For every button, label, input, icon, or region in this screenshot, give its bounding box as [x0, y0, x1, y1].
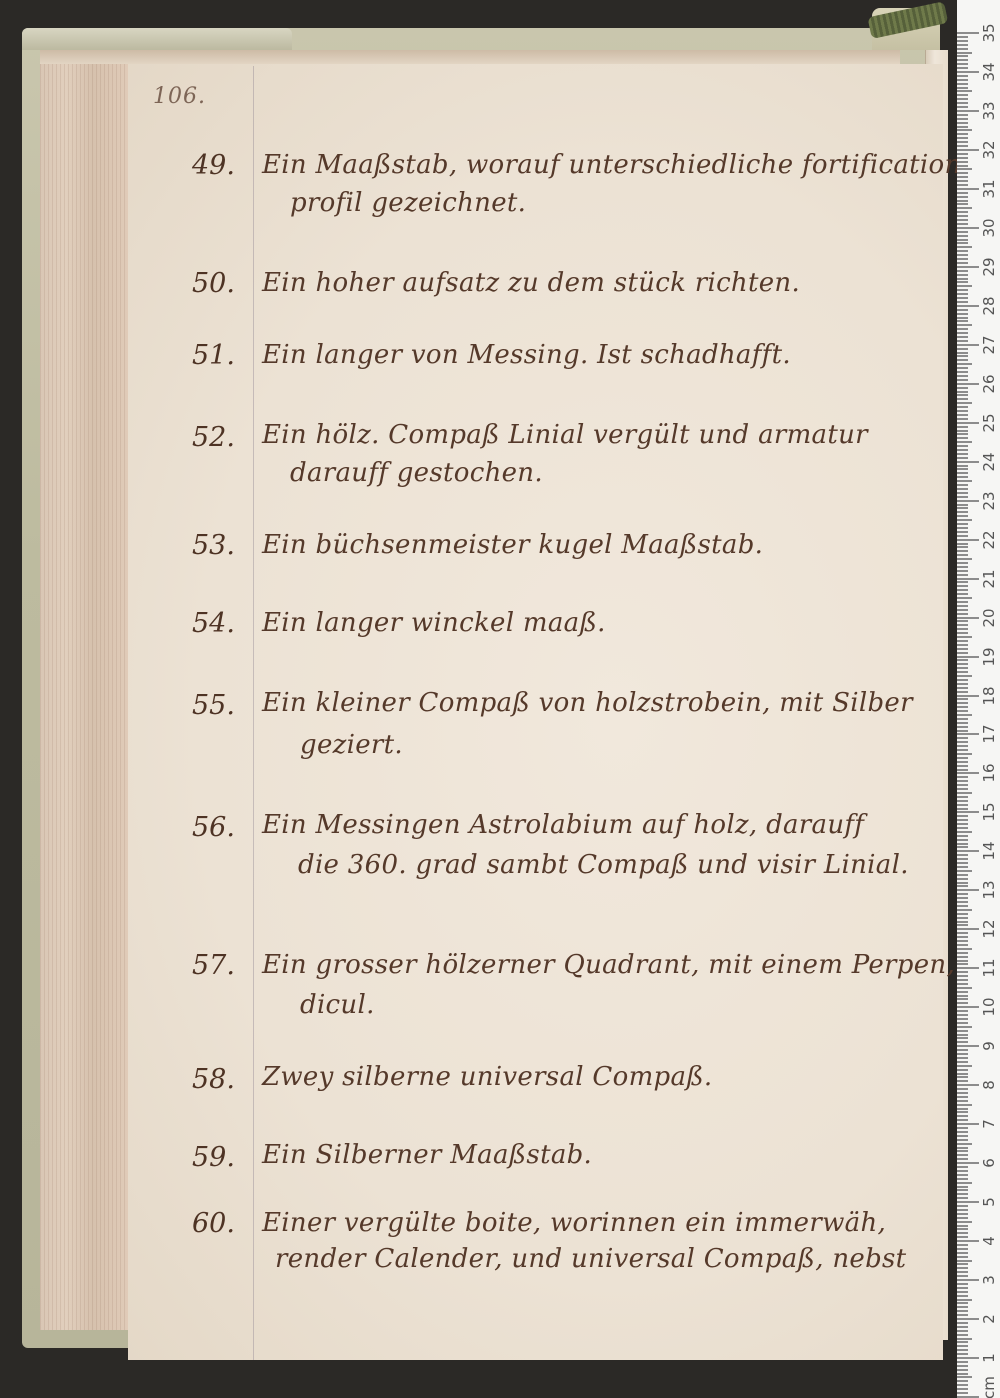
ruler-tick — [957, 371, 968, 373]
ruler-tick — [957, 1221, 972, 1223]
ruler-tick — [957, 679, 968, 681]
entry-line: geziert. — [300, 730, 403, 760]
ruler-tick — [957, 1217, 968, 1219]
ruler-tick — [957, 979, 968, 981]
ruler-tick — [957, 710, 968, 712]
ruler-tick — [957, 889, 979, 891]
entry-line: Ein grosser hölzerner Quadrant, mit eine… — [262, 950, 955, 980]
ruler-tick — [957, 823, 968, 825]
ruler-tick — [957, 936, 968, 938]
ruler-tick — [957, 1295, 968, 1297]
ruler-tick — [957, 901, 968, 903]
ruler-tick — [957, 215, 968, 217]
ruler-tick — [957, 843, 968, 845]
ruler-tick — [957, 55, 968, 57]
ruler-tick — [957, 1061, 968, 1063]
ruler-tick — [957, 566, 968, 568]
ruler-tick — [957, 921, 968, 923]
measurement-ruler: 1234567891011121314151617181920212223242… — [957, 0, 1000, 1398]
ruler-label: 11 — [980, 958, 998, 978]
ruler-tick — [957, 176, 968, 178]
ruler-tick — [957, 1213, 968, 1215]
ruler-tick — [957, 320, 968, 322]
ruler-tick — [957, 691, 968, 693]
entry-number: 51. — [192, 340, 235, 371]
ruler-tick — [957, 317, 968, 319]
ruler-tick — [957, 765, 968, 767]
ruler-tick — [957, 44, 968, 46]
ruler-tick — [957, 79, 968, 81]
ruler-tick — [957, 285, 972, 287]
ruler-tick — [957, 422, 979, 424]
ruler-tick — [957, 967, 979, 969]
ruler-tick — [957, 118, 968, 120]
ruler-tick — [957, 987, 972, 989]
ruler-label: 2 — [980, 1309, 998, 1329]
ruler-tick — [957, 815, 968, 817]
ruler-tick — [957, 289, 968, 291]
ruler-tick — [957, 145, 968, 147]
entry-line: Zwey silberne universal Compaß. — [262, 1062, 713, 1092]
ruler-tick — [957, 913, 968, 915]
ruler-tick — [957, 262, 968, 264]
ruler-tick — [957, 387, 968, 389]
ruler-tick — [957, 1143, 972, 1145]
ruler-tick — [957, 472, 968, 474]
entry-line: Ein hölz. Compaß Linial vergült und arma… — [262, 420, 868, 450]
ruler-tick — [957, 52, 972, 54]
ruler-tick — [957, 59, 968, 61]
ruler-tick — [957, 1037, 968, 1039]
ruler-tick — [957, 1002, 968, 1004]
ruler-tick — [957, 675, 972, 677]
ruler-tick — [957, 574, 968, 576]
ruler-tick — [957, 597, 972, 599]
entry-number: 57. — [192, 950, 235, 981]
ruler-tick — [957, 375, 968, 377]
ruler-tick — [957, 172, 968, 174]
ruler-tick — [957, 1034, 968, 1036]
ruler-tick — [957, 1322, 968, 1324]
ruler-tick — [957, 1018, 968, 1020]
ruler-tick — [957, 1022, 968, 1024]
ruler-tick — [957, 995, 968, 997]
ruler-tick — [957, 1014, 968, 1016]
ruler-tick — [957, 648, 968, 650]
ruler-tick — [957, 410, 968, 412]
ruler-tick — [957, 1080, 968, 1082]
ruler-tick — [957, 885, 968, 887]
ruler-tick — [957, 309, 968, 311]
ruler-tick — [957, 749, 968, 751]
ruler-tick — [957, 1248, 968, 1250]
ruler-tick — [957, 515, 968, 517]
ruler-tick — [957, 663, 968, 665]
ruler-tick — [957, 1170, 968, 1172]
ruler-tick — [957, 804, 968, 806]
ruler-tick — [957, 328, 968, 330]
ruler-tick — [957, 394, 968, 396]
ruler-tick — [957, 94, 968, 96]
ruler-tick — [957, 1115, 968, 1117]
ruler-tick — [957, 332, 968, 334]
ruler-tick — [957, 437, 968, 439]
ruler-tick — [957, 250, 968, 252]
ruler-tick — [957, 36, 968, 38]
ruler-tick — [957, 1275, 968, 1277]
ruler-tick — [957, 589, 968, 591]
ruler-tick — [957, 585, 968, 587]
ruler-tick — [957, 453, 968, 455]
ruler-label: 34 — [980, 62, 998, 82]
ruler-label: 31 — [980, 179, 998, 199]
ruler-tick — [957, 862, 968, 864]
ruler-tick — [957, 504, 968, 506]
ruler-tick — [957, 75, 968, 77]
cover-top-edge — [22, 28, 292, 50]
folio-number: 106. — [153, 84, 206, 109]
ruler-tick — [957, 149, 979, 151]
ruler-tick — [957, 457, 968, 459]
ruler-tick — [957, 1260, 972, 1262]
ruler-tick — [957, 141, 968, 143]
ruler-label: 25 — [980, 413, 998, 433]
ruler-tick — [957, 1388, 968, 1390]
ruler-tick — [957, 402, 972, 404]
ruler-tick — [957, 1252, 968, 1254]
ruler-tick — [957, 546, 968, 548]
ruler-tick — [957, 784, 968, 786]
ruler-tick — [957, 188, 979, 190]
ruler-tick — [957, 695, 979, 697]
ruler-tick — [957, 1096, 968, 1098]
ruler-tick — [957, 324, 972, 326]
ruler-unit-label: cm — [980, 1379, 998, 1398]
ruler-tick — [957, 769, 968, 771]
ruler-tick — [957, 383, 979, 385]
ruler-tick — [957, 757, 968, 759]
ruler-tick — [957, 157, 968, 159]
ruler-tick — [957, 313, 968, 315]
ruler-tick — [957, 129, 972, 131]
ruler-tick — [957, 496, 968, 498]
ruler-tick — [957, 1127, 968, 1129]
manuscript-page — [128, 64, 943, 1376]
ruler-tick — [957, 850, 979, 852]
entry-line: darauff gestochen. — [290, 458, 543, 488]
ruler-label: 29 — [980, 257, 998, 277]
ruler-tick — [957, 207, 972, 209]
ruler-tick — [957, 1158, 968, 1160]
ruler-label: 6 — [980, 1153, 998, 1173]
entry-number: 58. — [192, 1064, 235, 1095]
ruler-tick — [957, 1057, 968, 1059]
ruler-tick — [957, 1302, 968, 1304]
ruler-tick — [957, 1365, 968, 1367]
ruler-tick — [957, 687, 968, 689]
ruler-tick — [957, 1228, 968, 1230]
ruler-tick — [957, 866, 968, 868]
ruler-tick — [957, 235, 968, 237]
ruler-tick — [957, 952, 968, 954]
ruler-tick — [957, 223, 968, 225]
ruler-tick — [957, 909, 972, 911]
ruler-label: 4 — [980, 1231, 998, 1251]
entry-number: 49. — [192, 150, 235, 181]
ruler-tick — [957, 944, 968, 946]
ruler-tick — [957, 1189, 968, 1191]
ruler-tick — [957, 858, 968, 860]
ruler-label: 1 — [980, 1348, 998, 1368]
ruler-tick — [957, 1135, 968, 1137]
ruler-tick — [957, 465, 968, 467]
ruler-tick — [957, 1073, 968, 1075]
ruler-tick — [957, 348, 968, 350]
ruler-tick — [957, 1131, 968, 1133]
ruler-tick — [957, 706, 968, 708]
ruler-tick — [957, 1357, 979, 1359]
ruler-tick — [957, 1166, 968, 1168]
ruler-tick — [957, 1065, 972, 1067]
ruler-tick — [957, 702, 968, 704]
ruler-tick — [957, 745, 968, 747]
entry-line: Ein langer winckel maaß. — [262, 608, 606, 638]
ruler-tick — [957, 449, 968, 451]
ruler-tick — [957, 1209, 968, 1211]
ruler-tick — [957, 928, 979, 930]
ruler-tick — [957, 578, 979, 580]
ruler-tick — [957, 562, 968, 564]
ruler-tick — [957, 1240, 979, 1242]
entry-line: Ein langer von Messing. Ist schadhafft. — [262, 340, 791, 370]
ruler-tick — [957, 1010, 968, 1012]
ruler-tick — [957, 1291, 968, 1293]
ruler-tick — [957, 819, 968, 821]
ruler-tick — [957, 1361, 968, 1363]
ruler-tick — [957, 811, 979, 813]
ruler-label: 14 — [980, 841, 998, 861]
background-table — [0, 1360, 957, 1398]
ruler-tick — [957, 761, 968, 763]
ruler-tick — [957, 960, 968, 962]
ruler-tick — [957, 523, 968, 525]
ruler-tick — [957, 882, 968, 884]
ruler-tick — [957, 242, 968, 244]
ruler-tick — [957, 305, 979, 307]
ruler-tick — [957, 414, 968, 416]
ruler-label: 16 — [980, 763, 998, 783]
ruler-tick — [957, 184, 968, 186]
ruler-tick — [957, 433, 968, 435]
ruler-tick — [957, 507, 968, 509]
manuscript-scan: 106. 49. Ein Maaßstab, worauf unterschie… — [0, 0, 1000, 1398]
ruler-tick — [957, 122, 968, 124]
ruler-tick — [957, 1353, 968, 1355]
ruler-tick — [957, 1139, 968, 1141]
ruler-tick — [957, 1026, 972, 1028]
ruler-tick — [957, 274, 968, 276]
ruler-label: 19 — [980, 647, 998, 667]
ruler-tick — [957, 956, 968, 958]
ruler-label: 22 — [980, 530, 998, 550]
ruler-tick — [957, 1123, 979, 1125]
ruler-tick — [957, 161, 968, 163]
ruler-tick — [957, 476, 968, 478]
ruler-tick — [957, 270, 968, 272]
ruler-label: 3 — [980, 1270, 998, 1290]
entry-line: render Calender, und universal Compaß, n… — [275, 1244, 906, 1274]
ruler-tick — [957, 1162, 979, 1164]
ruler-label: 28 — [980, 296, 998, 316]
ruler-tick — [957, 636, 972, 638]
ruler-label: 30 — [980, 218, 998, 238]
ruler-tick — [957, 114, 968, 116]
ruler-label: 15 — [980, 802, 998, 822]
ruler-tick — [957, 963, 968, 965]
ruler-tick — [957, 297, 968, 299]
ruler-tick — [957, 659, 968, 661]
ruler-tick — [957, 905, 968, 907]
ruler-tick — [957, 1349, 968, 1351]
ruler-tick — [957, 878, 968, 880]
ruler-tick — [957, 1345, 968, 1347]
ruler-tick — [957, 32, 979, 34]
ruler-tick — [957, 1283, 968, 1285]
ruler-tick — [957, 137, 968, 139]
ruler-tick — [957, 278, 968, 280]
entry-number: 50. — [192, 268, 235, 299]
ruler-tick — [957, 893, 968, 895]
ruler-tick — [957, 1006, 979, 1008]
ruler-tick — [957, 854, 968, 856]
ruler-tick — [957, 239, 968, 241]
ruler-tick — [957, 1174, 968, 1176]
ruler-label: 5 — [980, 1192, 998, 1212]
ruler-tick — [957, 1049, 968, 1051]
ruler-tick — [957, 1380, 968, 1382]
ruler-tick — [957, 266, 979, 268]
ruler-tick — [957, 1376, 972, 1378]
ruler-tick — [957, 644, 968, 646]
ruler-tick — [957, 1088, 968, 1090]
ruler-label: 10 — [980, 997, 998, 1017]
ruler-tick — [957, 1197, 968, 1199]
entry-line: Ein Maaßstab, worauf unterschiedliche fo… — [262, 150, 975, 180]
page-stack-edge — [40, 50, 128, 1330]
ruler-tick — [957, 165, 968, 167]
ruler-tick — [957, 1030, 968, 1032]
ruler-tick — [957, 550, 968, 552]
ruler-tick — [957, 1186, 968, 1188]
ruler-tick — [957, 1232, 968, 1234]
ruler-tick — [957, 632, 968, 634]
ruler-tick — [957, 581, 968, 583]
ruler-tick — [957, 1150, 968, 1152]
ruler-tick — [957, 492, 968, 494]
ruler-tick — [957, 800, 968, 802]
ruler-tick — [957, 246, 972, 248]
entry-number: 60. — [192, 1208, 235, 1239]
ruler-tick — [957, 48, 968, 50]
ruler-tick — [957, 133, 968, 135]
ruler-tick — [957, 1108, 968, 1110]
ruler-tick — [957, 63, 968, 65]
ruler-tick — [957, 535, 968, 537]
ruler-tick — [957, 398, 968, 400]
ruler-tick — [957, 667, 968, 669]
ruler-tick — [957, 1271, 968, 1273]
entry-line: dicul. — [300, 990, 375, 1020]
ruler-tick — [957, 293, 968, 295]
ruler-tick — [957, 1267, 968, 1269]
ruler-label: 18 — [980, 686, 998, 706]
ruler-tick — [957, 1279, 979, 1281]
ruler-tick — [957, 406, 968, 408]
ruler-label: 12 — [980, 919, 998, 939]
ruler-tick — [957, 971, 968, 973]
ruler-label: 35 — [980, 23, 998, 43]
ruler-tick — [957, 1193, 968, 1195]
ruler-label: 9 — [980, 1036, 998, 1056]
page-stack-top — [40, 50, 900, 64]
ruler-tick — [957, 1334, 968, 1336]
ruler-tick — [957, 1201, 979, 1203]
ruler-tick — [957, 1069, 968, 1071]
ruler-tick — [957, 531, 968, 533]
ruler-tick — [957, 1306, 968, 1308]
ruler-tick — [957, 102, 968, 104]
entry-line: Ein büchsenmeister kugel Maaßstab. — [262, 530, 763, 560]
ruler-tick — [957, 1256, 968, 1258]
ruler-tick — [957, 683, 968, 685]
ruler-tick — [957, 180, 968, 182]
ruler-tick — [957, 917, 968, 919]
ruler-tick — [957, 1244, 968, 1246]
ruler-tick — [957, 1299, 972, 1301]
ruler-tick — [957, 772, 979, 774]
ruler-tick — [957, 219, 968, 221]
ruler-tick — [957, 153, 968, 155]
ruler-tick — [957, 698, 968, 700]
ruler-tick — [957, 418, 968, 420]
ruler-tick — [957, 870, 972, 872]
ruler-tick — [957, 488, 968, 490]
ruler-tick — [957, 67, 968, 69]
ruler-tick — [957, 363, 972, 365]
ruler-tick — [957, 722, 968, 724]
ruler-tick — [957, 87, 968, 89]
ruler-tick — [957, 1084, 979, 1086]
ruler-tick — [957, 624, 968, 626]
entry-line: Ein Silberner Maaßstab. — [262, 1140, 592, 1170]
ruler-tick — [957, 98, 968, 100]
ruler-tick — [957, 192, 968, 194]
ruler-tick — [957, 714, 972, 716]
entry-number: 56. — [192, 812, 235, 843]
ruler-tick — [957, 367, 968, 369]
ruler-tick — [957, 620, 968, 622]
ruler-tick — [957, 796, 968, 798]
ruler-tick — [957, 203, 968, 205]
ruler-tick — [957, 40, 968, 42]
ruler-tick — [957, 484, 968, 486]
ruler-tick — [957, 924, 968, 926]
ruler-tick — [957, 605, 968, 607]
ruler-tick — [957, 1041, 968, 1043]
ruler-label: 26 — [980, 374, 998, 394]
ruler-tick — [957, 441, 972, 443]
ruler-tick — [957, 1100, 968, 1102]
